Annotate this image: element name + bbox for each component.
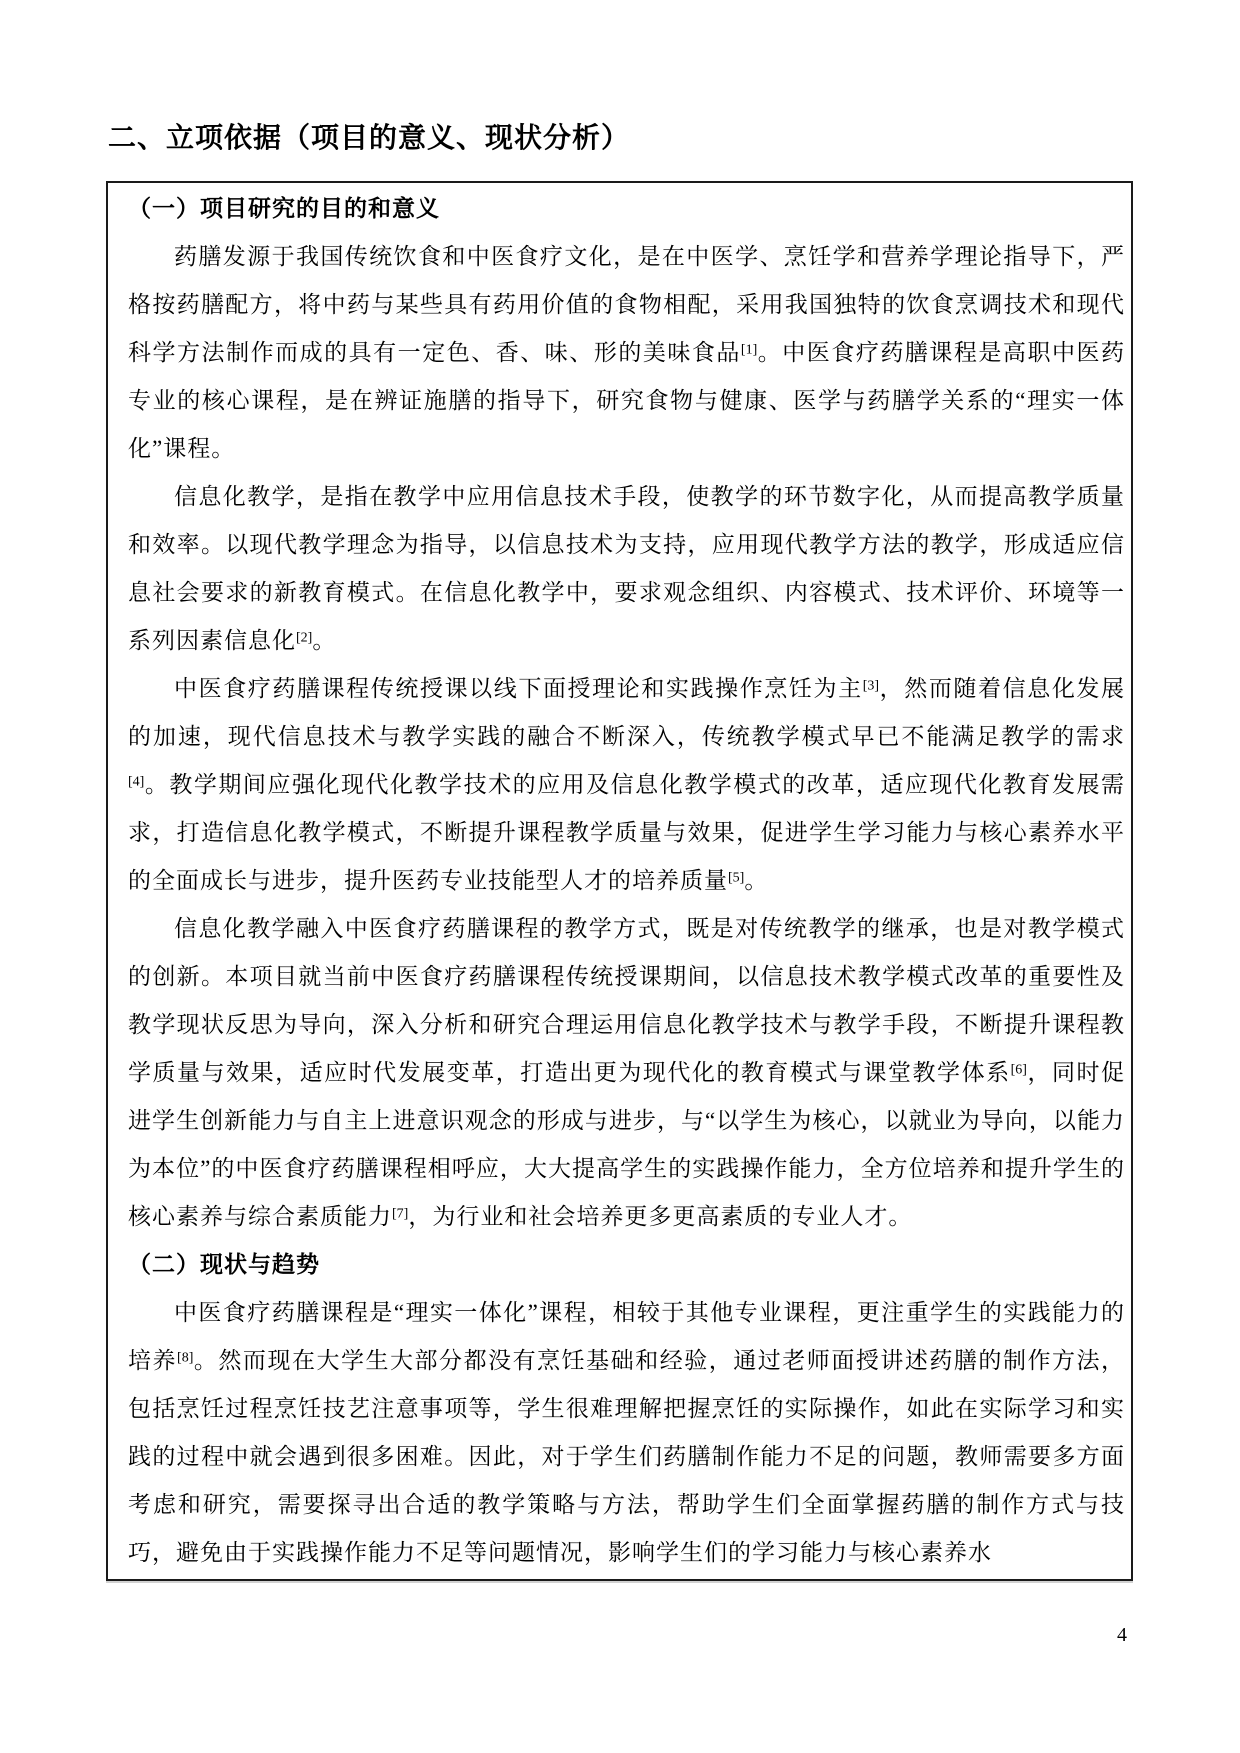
content-box: （一）项目研究的目的和意义药膳发源于我国传统饮食和中医食疗文化，是在中医学、烹饪…	[106, 181, 1133, 1581]
paragraph: 信息化教学，是指在教学中应用信息技术手段，使教学的环节数字化，从而提高教学质量和…	[128, 473, 1125, 665]
reference-superscript: [7]	[392, 1207, 408, 1222]
paragraph-text: 。	[312, 628, 336, 653]
page-title: 二、立项依据（项目的意义、现状分析）	[108, 116, 630, 156]
paragraph-text: 信息化教学融入中医食疗药膳课程的教学方式，既是对传统教学的继承，也是对教学模式的…	[128, 916, 1125, 1085]
paragraph: 中医食疗药膳课程是“理实一体化”课程，相较于其他专业课程，更注重学生的实践能力的…	[128, 1289, 1125, 1577]
reference-superscript: [8]	[177, 1351, 193, 1366]
section: （一）项目研究的目的和意义药膳发源于我国传统饮食和中医食疗文化，是在中医学、烹饪…	[128, 185, 1125, 1241]
paragraph: 信息化教学融入中医食疗药膳课程的教学方式，既是对传统教学的继承，也是对教学模式的…	[128, 905, 1125, 1241]
section: （二）现状与趋势中医食疗药膳课程是“理实一体化”课程，相较于其他专业课程，更注重…	[128, 1241, 1125, 1577]
paragraph-text: ，为行业和社会培养更多更高素质的专业人才。	[408, 1204, 912, 1229]
reference-superscript: [4]	[128, 775, 144, 790]
section-heading: （一）项目研究的目的和意义	[128, 185, 1125, 233]
paragraph: 药膳发源于我国传统饮食和中医食疗文化，是在中医学、烹饪学和营养学理论指导下，严格…	[128, 233, 1125, 473]
paragraph: 中医食疗药膳课程传统授课以线下面授理论和实践操作烹饪为主[3]，然而随着信息化发…	[128, 665, 1125, 905]
reference-superscript: [5]	[728, 871, 744, 886]
paragraph-text: 。	[744, 868, 768, 893]
reference-superscript: [6]	[1011, 1063, 1027, 1078]
document-page: 二、立项依据（项目的意义、现状分析） （一）项目研究的目的和意义药膳发源于我国传…	[0, 0, 1240, 1753]
reference-superscript: [1]	[741, 343, 757, 358]
paragraph-text: 。教学期间应强化现代化教学技术的应用及信息化教学模式的改革，适应现代化教育发展需…	[128, 772, 1125, 893]
paragraph-text: 信息化教学，是指在教学中应用信息技术手段，使教学的环节数字化，从而提高教学质量和…	[128, 484, 1125, 653]
paragraph-text: 。然而现在大学生大部分都没有烹饪基础和经验，通过老师面授讲述药膳的制作方法，包括…	[128, 1348, 1125, 1565]
reference-superscript: [2]	[296, 631, 312, 646]
page-number: 4	[1108, 1624, 1136, 1647]
paragraph-text: 中医食疗药膳课程传统授课以线下面授理论和实践操作烹饪为主	[174, 676, 863, 701]
reference-superscript: [3]	[863, 679, 879, 694]
section-heading: （二）现状与趋势	[128, 1241, 1125, 1289]
